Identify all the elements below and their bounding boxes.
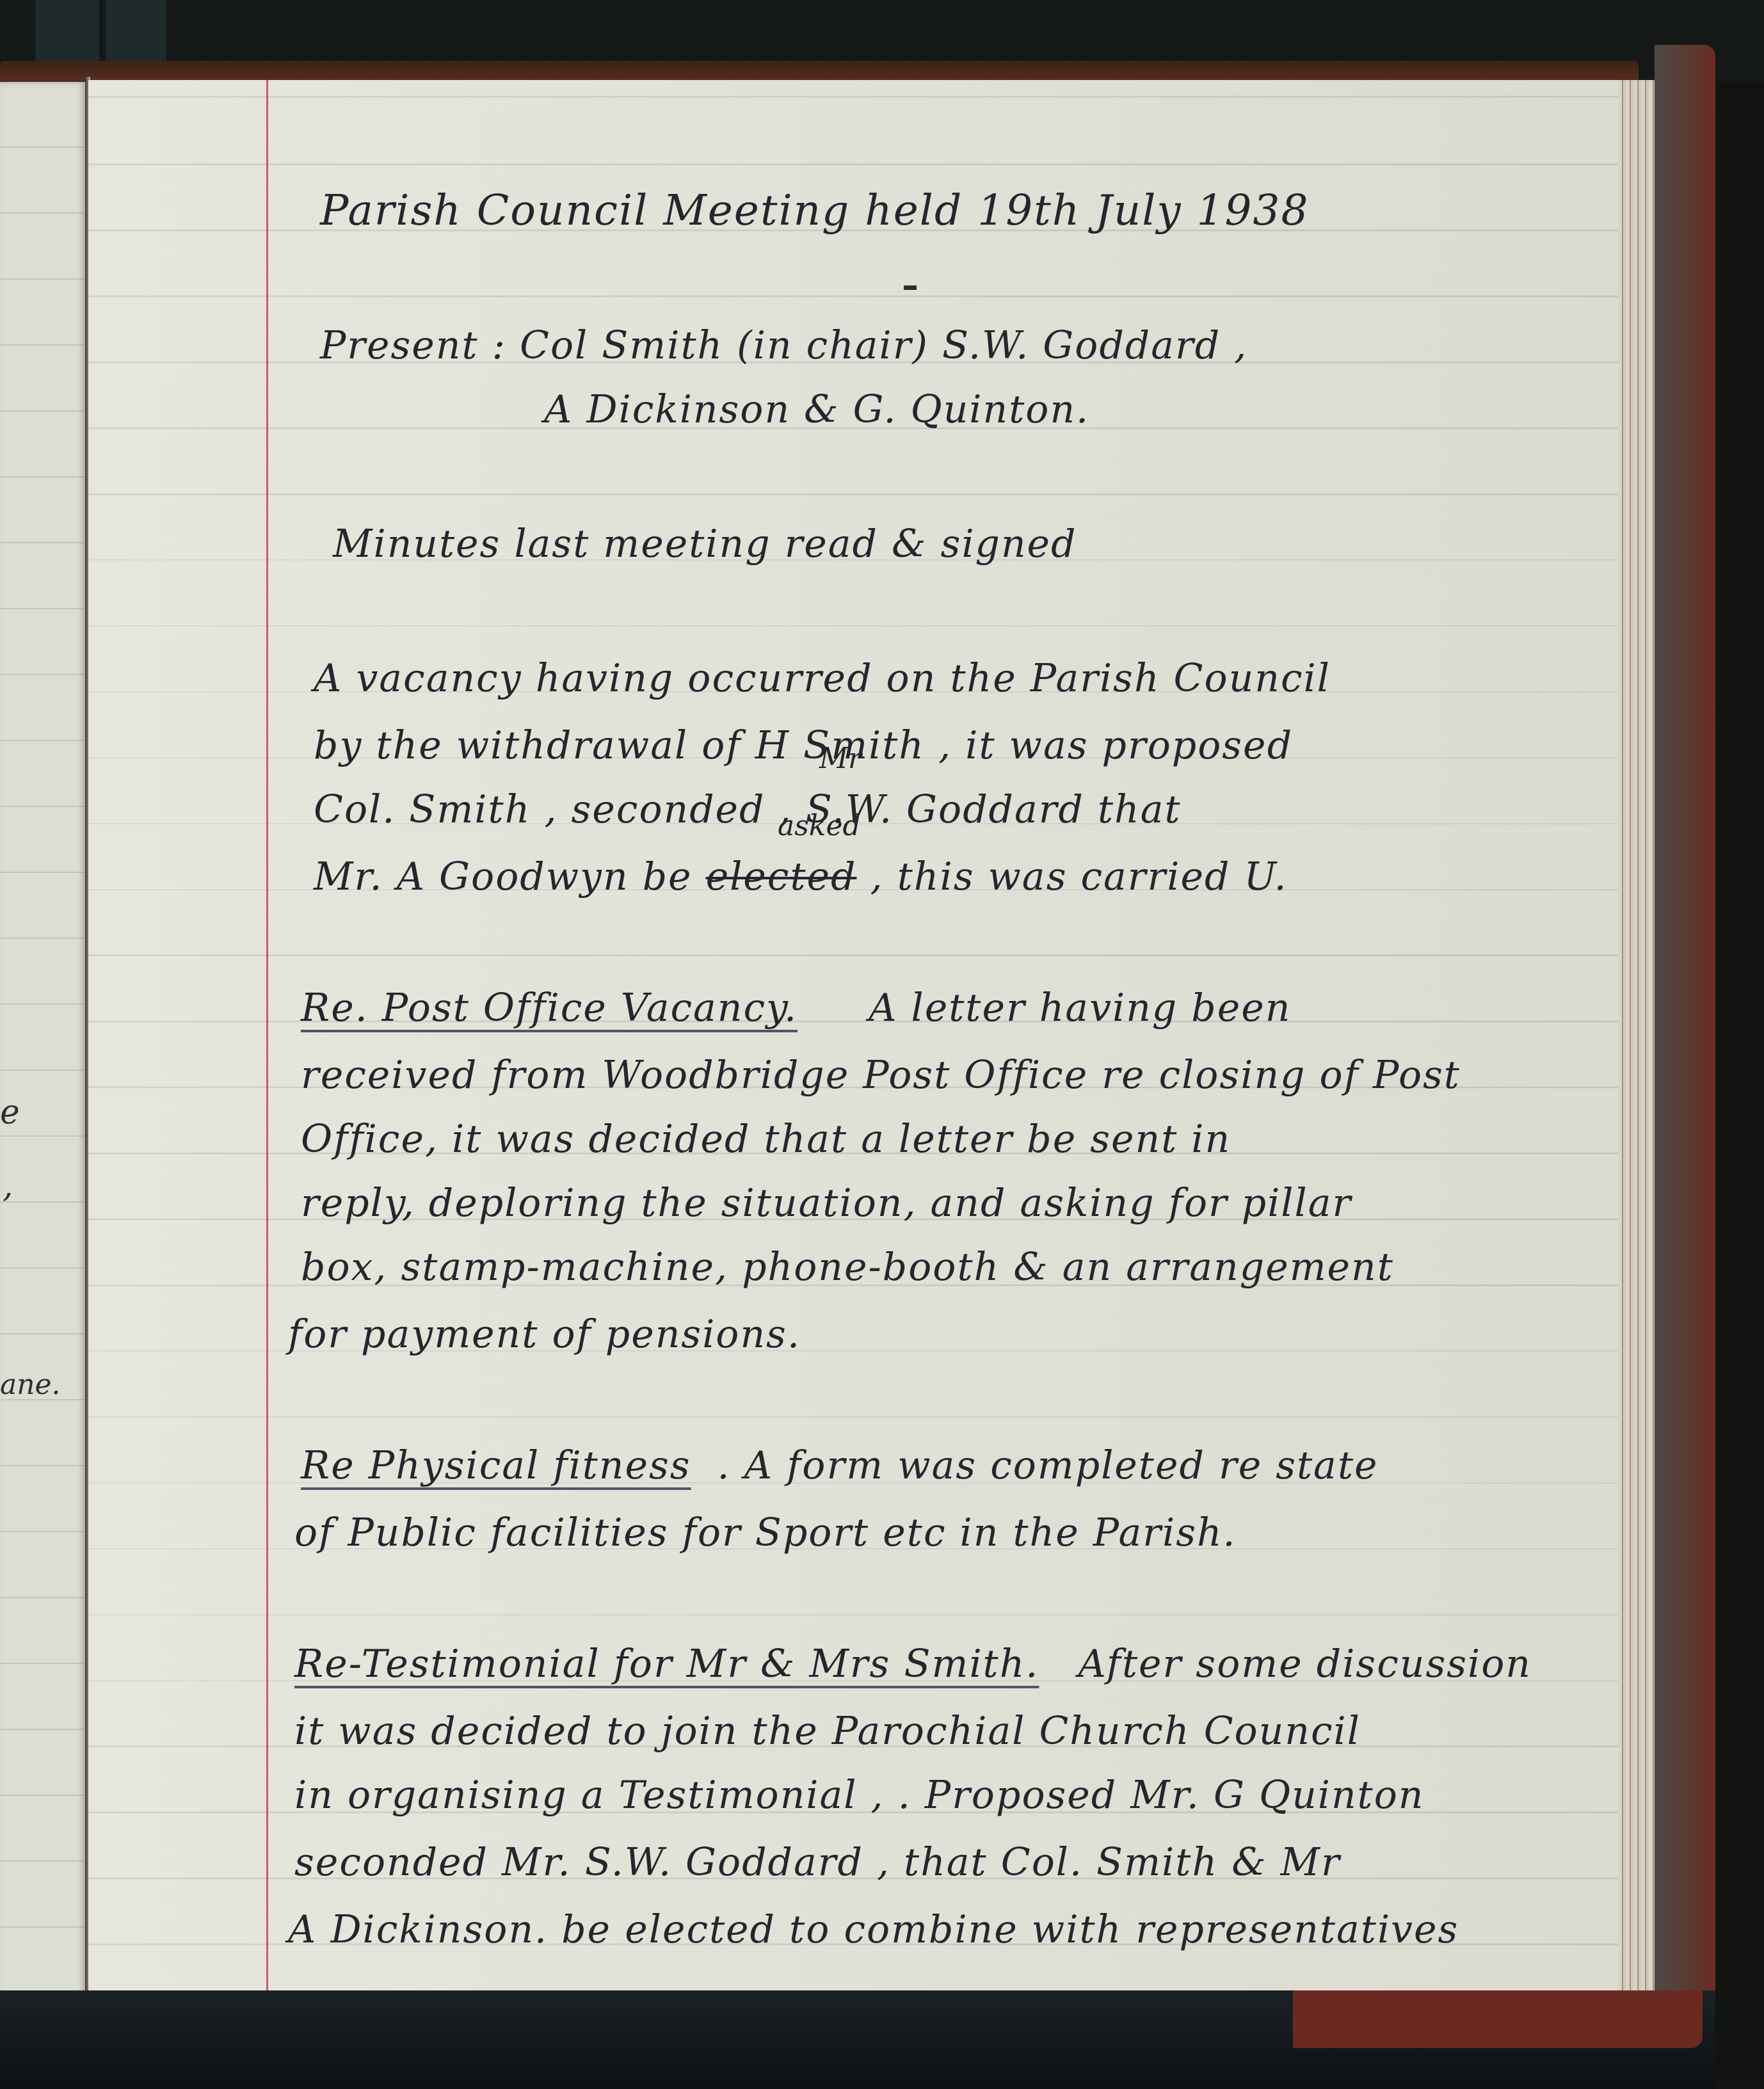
vacancy-line: A vacancy having occurred on the Parish …	[314, 656, 1331, 701]
fitness-line: of Public facilities for Sport etc in th…	[294, 1510, 1237, 1555]
testimonial-heading: Re-Testimonial for Mr & Mrs Smith.	[294, 1642, 1039, 1686]
page-title: Parish Council Meeting held 19th July 19…	[320, 186, 1309, 235]
margin-rule	[266, 80, 268, 1994]
insertion-asked: asked	[778, 810, 861, 842]
testimonial-line: it was decided to join the Parochial Chu…	[294, 1709, 1361, 1754]
post-office-text: A letter having been	[869, 986, 1291, 1030]
present-line-2: A Dickinson & G. Quinton.	[544, 387, 1089, 432]
post-office-line: reply, deploring the situation, and aski…	[301, 1181, 1352, 1226]
testimonial-text: After some discussion	[1078, 1642, 1532, 1686]
fitness-text: . A form was completed re state	[718, 1443, 1379, 1488]
testimonial-line: A Dickinson. be elected to combine with …	[288, 1907, 1459, 1952]
post-office-line: received from Woodbridge Post Office re …	[301, 1053, 1461, 1098]
minutes-line: Minutes last meeting read & signed	[333, 522, 1077, 566]
struck-word: elected	[706, 854, 857, 899]
insertion-mr: Mr	[819, 742, 862, 775]
testimonial-line: seconded Mr. S.W. Goddard , that Col. Sm…	[294, 1840, 1341, 1885]
vacancy-line: by the withdrawal of H Smith , it was pr…	[314, 723, 1293, 768]
vacancy-line-tail: , this was carried U.	[870, 854, 1288, 899]
previous-page: e , ane.	[0, 82, 86, 2002]
vacancy-line: Col. Smith , seconded , S.W. Goddard tha…	[314, 787, 1182, 832]
left-page-fragment: e	[0, 1093, 20, 1132]
book-cover-right	[1655, 45, 1715, 2022]
title-separator	[904, 285, 917, 290]
fitness-line-1: Re Physical fitness . A form was complet…	[301, 1443, 1379, 1488]
post-office-line: box, stamp-machine, phone-booth & an arr…	[301, 1245, 1394, 1290]
post-office-line: for payment of pensions.	[288, 1312, 801, 1357]
present-line-1: Present : Col Smith (in chair) S.W. Godd…	[320, 323, 1247, 368]
testimonial-line: in organising a Testimonial , . Proposed…	[294, 1773, 1425, 1818]
testimonial-line-1: Re-Testimonial for Mr & Mrs Smith. After…	[294, 1642, 1532, 1686]
post-office-heading: Re. Post Office Vacancy.	[301, 986, 798, 1030]
fitness-heading: Re Physical fitness	[301, 1443, 691, 1488]
vacancy-line-4: Mr. A Goodwyn be elected , this was carr…	[314, 854, 1288, 899]
post-office-line-1: Re. Post Office Vacancy. A letter having…	[301, 986, 1291, 1030]
post-office-line: Office, it was decided that a letter be …	[301, 1117, 1231, 1162]
binding-corner	[1293, 1990, 1703, 2048]
vacancy-line-start: Mr. A Goodwyn be	[314, 854, 693, 899]
left-page-fragment: ane.	[0, 1368, 61, 1401]
left-page-fragment: ,	[3, 1167, 13, 1205]
page-edges	[1618, 80, 1656, 1994]
